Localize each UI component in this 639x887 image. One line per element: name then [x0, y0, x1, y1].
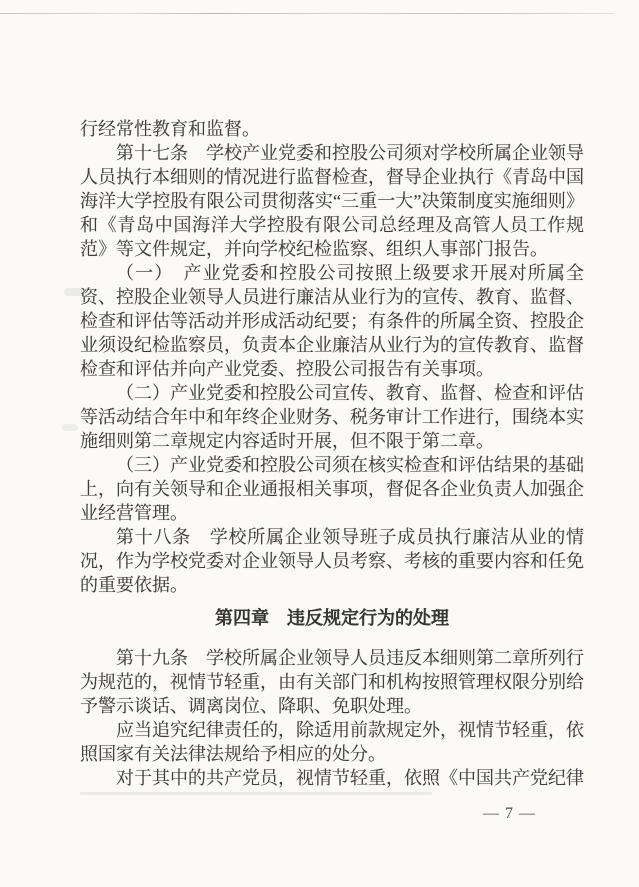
chapter-4-heading: 第四章 违反规定行为的处理: [80, 606, 584, 630]
scan-smudge: [62, 424, 78, 431]
scan-smear-artifact: [80, 792, 432, 795]
page-number: — 7 —: [483, 805, 543, 823]
paragraph-continuation: 行经常性教育和监督。: [80, 117, 584, 141]
page-body-text: 行经常性教育和监督。 第十七条 学校产业党委和控股公司须对学校所属企业领导人员执…: [80, 117, 584, 790]
document-page: 行经常性教育和监督。 第十七条 学校产业党委和控股公司须对学校所属企业领导人员执…: [0, 0, 639, 887]
paragraph-party-member-truncated: 对于其中的共产党员，视情节轻重，依照《中国共产党纪律: [80, 766, 584, 790]
paragraph-item-1: （一） 产业党委和控股公司按照上级要求开展对所属全资、控股企业领导人员进行廉洁从…: [80, 261, 584, 381]
scan-artifact-top-line: [0, 13, 614, 14]
paragraph-discipline: 应当追究纪律责任的，除适用前款规定外，视情节轻重，依照国家有关法律法规给予相应的…: [80, 718, 584, 766]
paragraph-item-3: （三）产业党委和控股公司须在核实检查和评估结果的基础上，向有关领导和企业通报相关…: [80, 453, 584, 525]
paragraph-article-19: 第十九条 学校所属企业领导人员违反本细则第二章所列行为规范的，视情节轻重，由有关…: [80, 646, 584, 718]
paragraph-item-2: （二）产业党委和控股公司宣传、教育、监督、检查和评估等活动结合年中和年终企业财务…: [80, 381, 584, 453]
paragraph-article-18: 第十八条 学校所属企业领导班子成员执行廉洁从业的情况，作为学校党委对企业领导人员…: [80, 525, 584, 597]
paragraph-article-17: 第十七条 学校产业党委和控股公司须对学校所属企业领导人员执行本细则的情况进行监督…: [80, 141, 584, 261]
